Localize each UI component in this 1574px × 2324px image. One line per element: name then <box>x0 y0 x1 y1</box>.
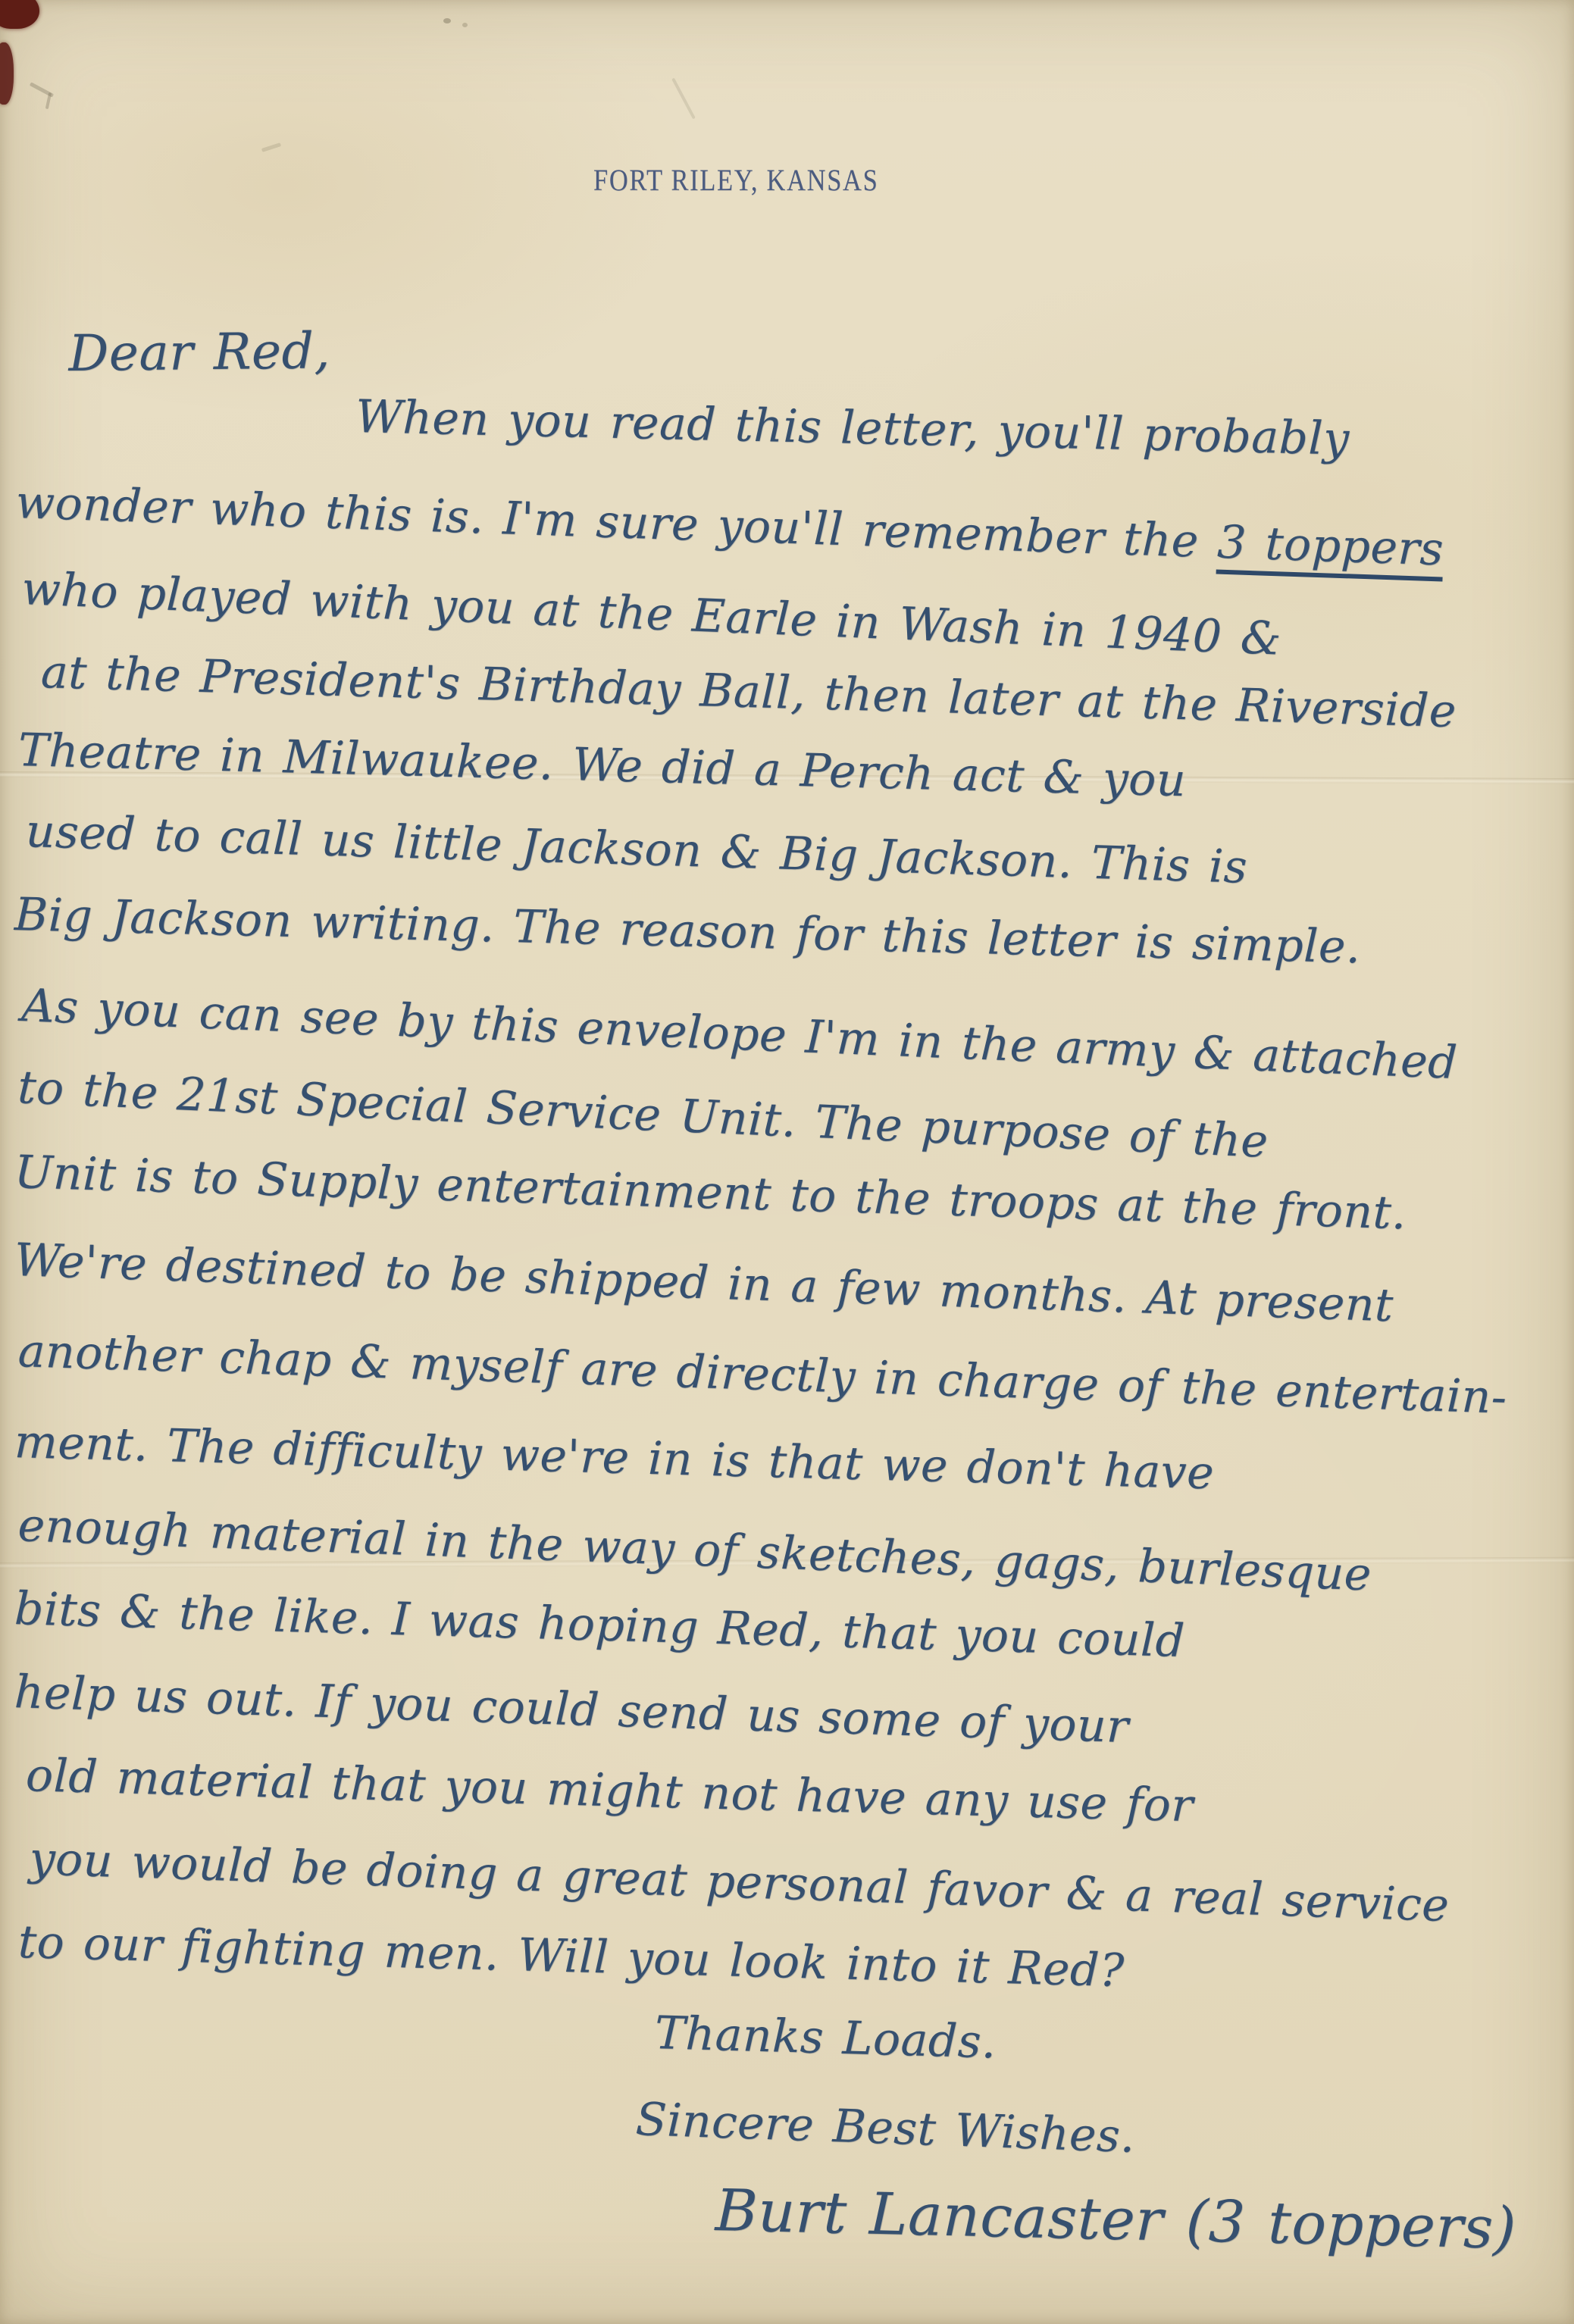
letter-page: FORT RILEY, KANSAS Dear Red, When you re… <box>0 0 1574 2324</box>
letter-line: used to call us little Jackson & Big Jac… <box>25 805 1248 894</box>
letter-line: enough material in the way of sketches, … <box>17 1499 1372 1601</box>
closing-wishes: Sincere Best Wishes. <box>635 2093 1137 2163</box>
underlined-text: 3 toppers <box>1216 516 1444 582</box>
ink-speck <box>462 23 468 27</box>
corner-stain <box>0 0 39 29</box>
ink-speck <box>443 18 451 23</box>
letter-line: help us out. If you could send us some o… <box>14 1666 1130 1753</box>
letter-line: to our fighting men. Will you look into … <box>17 1916 1125 1997</box>
edge-stain <box>0 42 14 105</box>
letter-line: wonder who this is. I'm sure you'll reme… <box>15 476 1444 576</box>
scratch-mark <box>671 78 696 120</box>
closing-thanks: Thanks Loads. <box>654 2007 997 2069</box>
letter-line: old material that you might not have any… <box>25 1749 1194 1832</box>
letter-line: Big Jackson writing. The reason for this… <box>14 888 1361 974</box>
letter-line: bits & the like. I was hoping Red, that … <box>14 1582 1186 1668</box>
pencil-smudge <box>45 92 52 109</box>
letter-line: you would be doing a great personal favo… <box>29 1832 1450 1932</box>
letter-line: Theatre in Milwaukee. We did a Perch act… <box>17 724 1187 807</box>
letter-line: When you read this letter, you'll probab… <box>355 390 1350 466</box>
line-text: wonder who this is. I'm sure you'll reme… <box>15 476 1219 569</box>
letterhead: FORT RILEY, KANSAS <box>593 162 878 198</box>
letter-line: We're destined to be shipped in a few mo… <box>14 1234 1394 1332</box>
signature: Burt Lancaster (3 toppers) <box>715 2176 1517 2262</box>
letter-line: another chap & myself are directly in ch… <box>17 1325 1508 1425</box>
pencil-smudge <box>261 142 281 152</box>
salutation: Dear Red, <box>68 321 330 383</box>
letter-line: ment. The difficulty we're in is that we… <box>14 1415 1215 1500</box>
